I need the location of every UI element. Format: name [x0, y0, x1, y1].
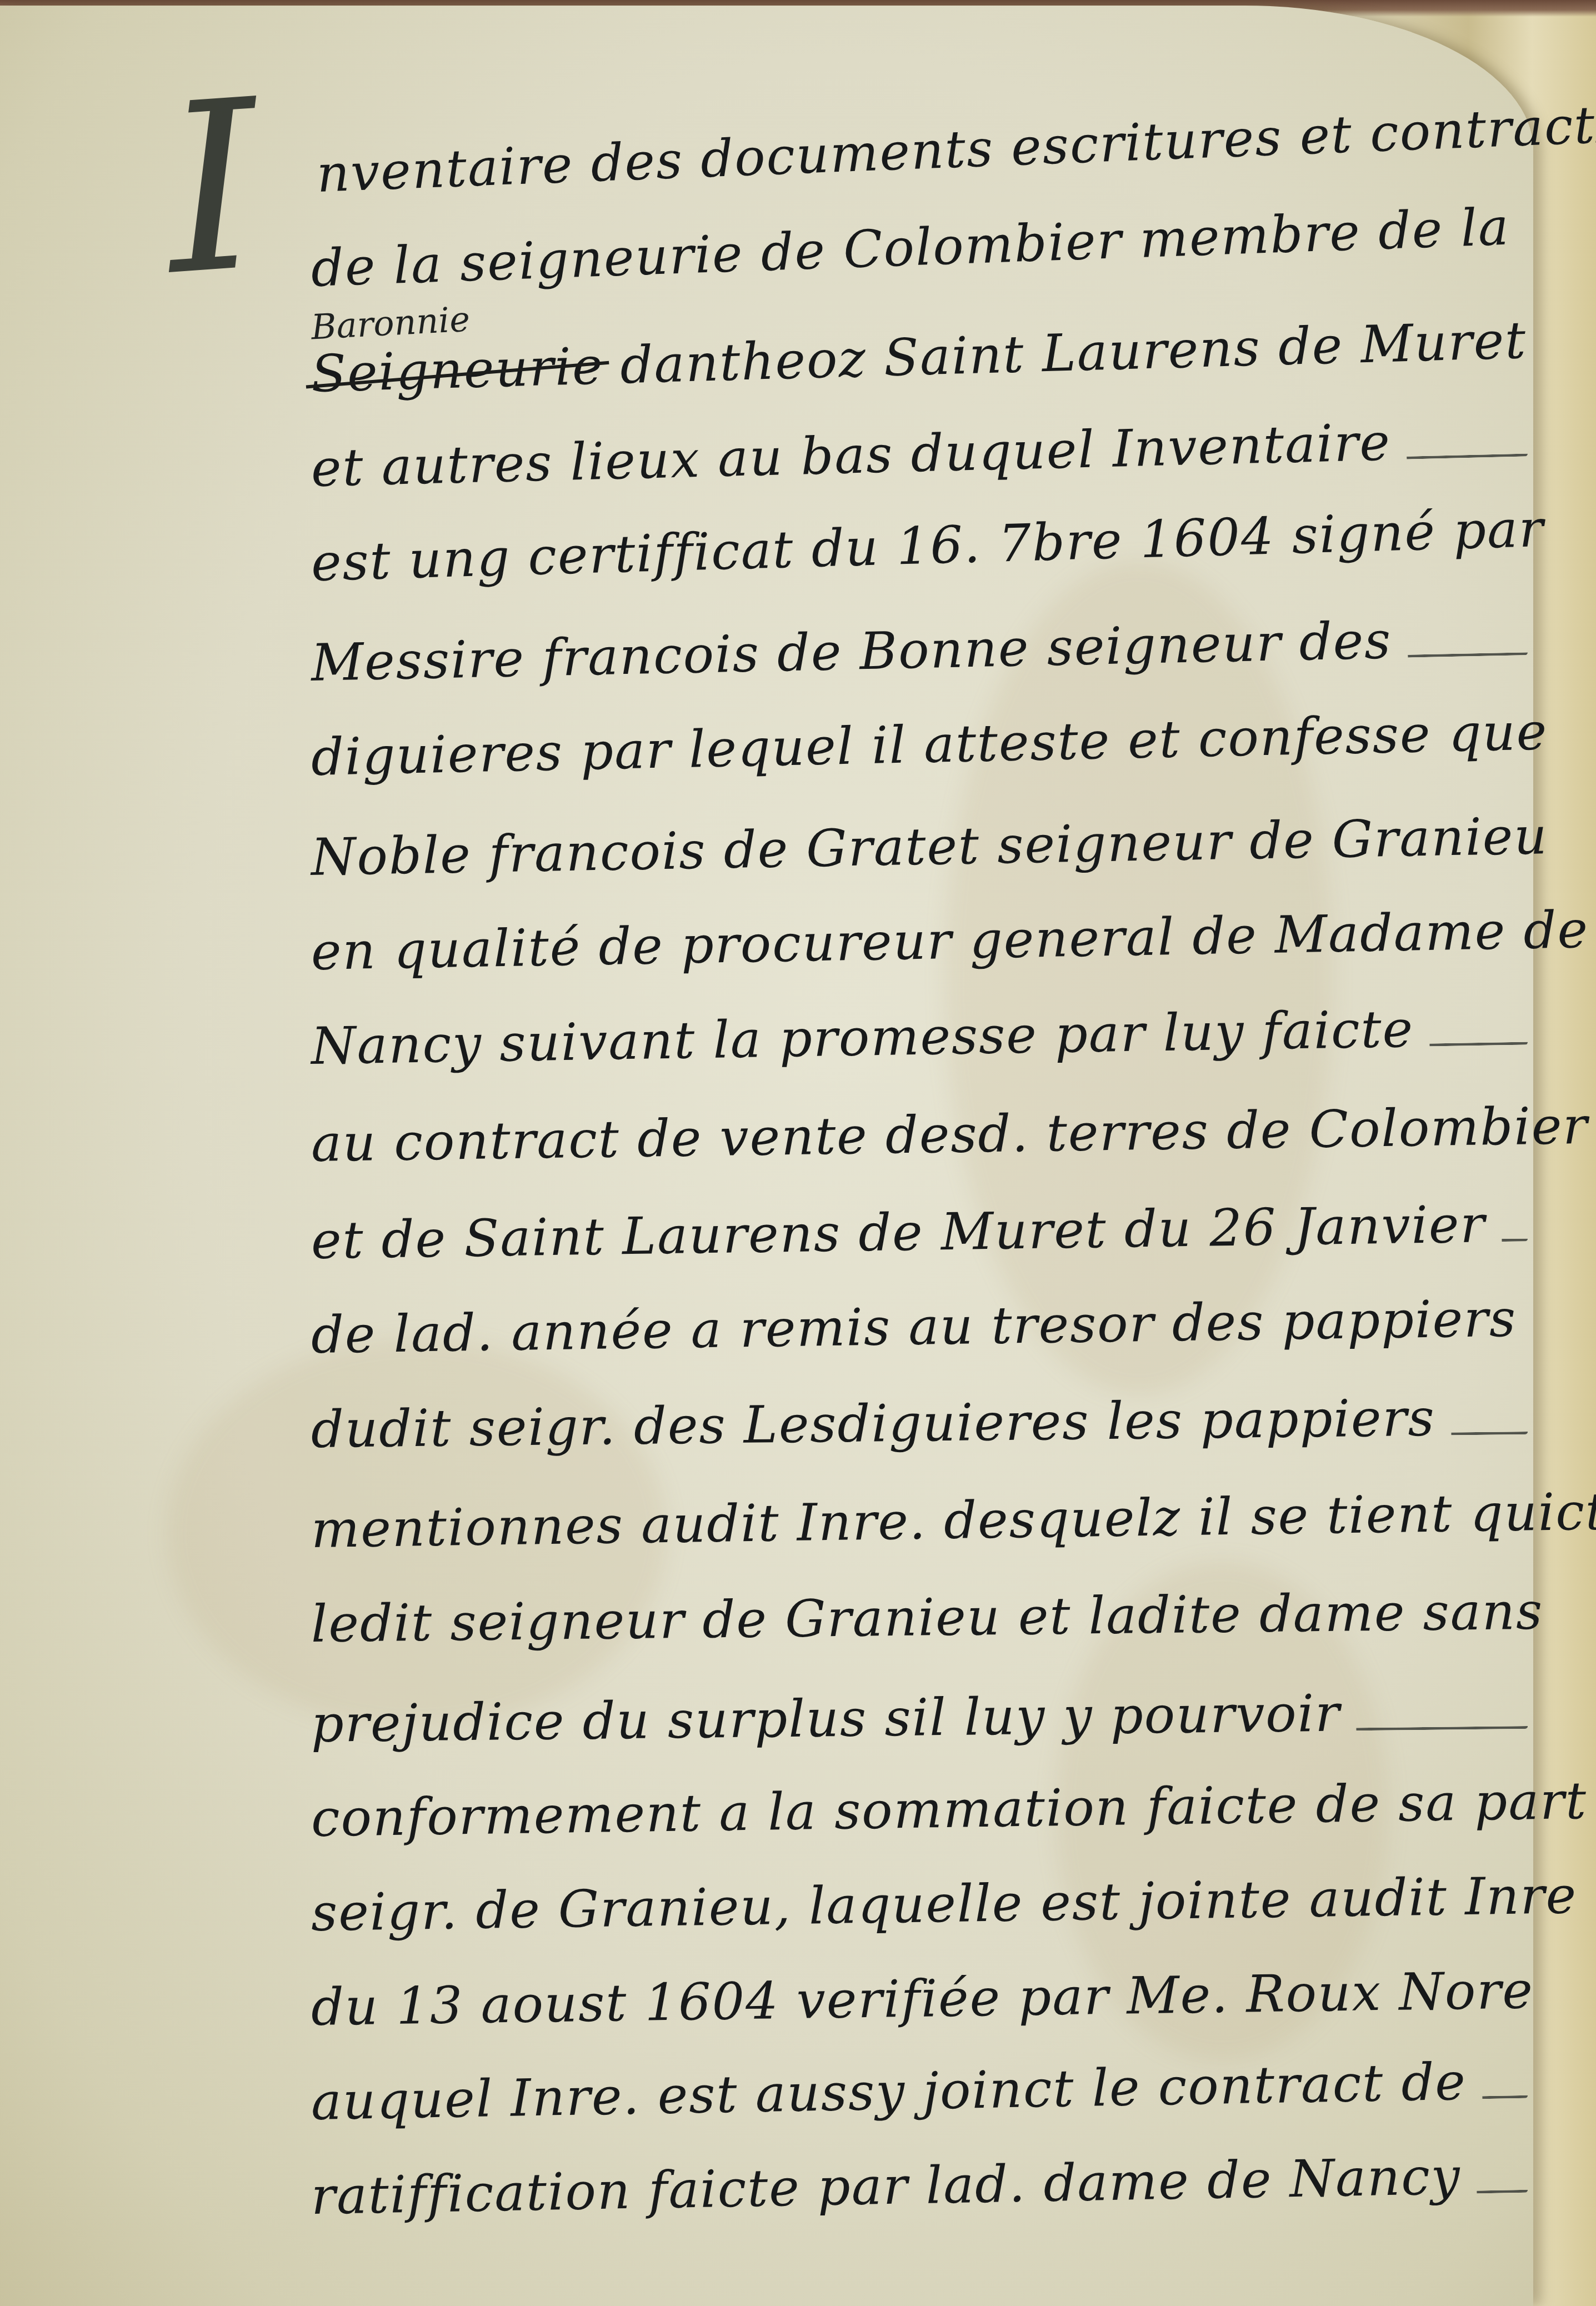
- line-filler-dash: [1477, 2190, 1528, 2194]
- line-filler-dash: [1482, 2095, 1528, 2099]
- line-text: prejudice du surplus sil luy y pourvoir: [311, 1684, 1340, 1754]
- text-line-17: prejudice du surplus sil luy y pourvoir: [311, 1682, 1528, 1754]
- line-filler-dash: [1429, 1042, 1528, 1047]
- paper-stain: [944, 561, 1333, 1394]
- line-filler-dash: [1407, 453, 1528, 459]
- text-line-14: dudit seigr. des Lesdiguieres les pappie…: [311, 1387, 1528, 1459]
- line-text: dudit seigr. des Lesdiguieres les pappie…: [311, 1388, 1435, 1459]
- line-filler-dash: [1451, 1432, 1528, 1435]
- struck-word: Seigneurie: [311, 336, 604, 404]
- text-line-16: ledit seigneur de Granieu et ladite dame…: [311, 1582, 1528, 1654]
- decorative-initial: I: [159, 69, 267, 309]
- line-filler-dash: [1356, 1726, 1528, 1730]
- line-filler-dash: [1408, 652, 1528, 658]
- line-filler-dash: [1502, 1238, 1528, 1242]
